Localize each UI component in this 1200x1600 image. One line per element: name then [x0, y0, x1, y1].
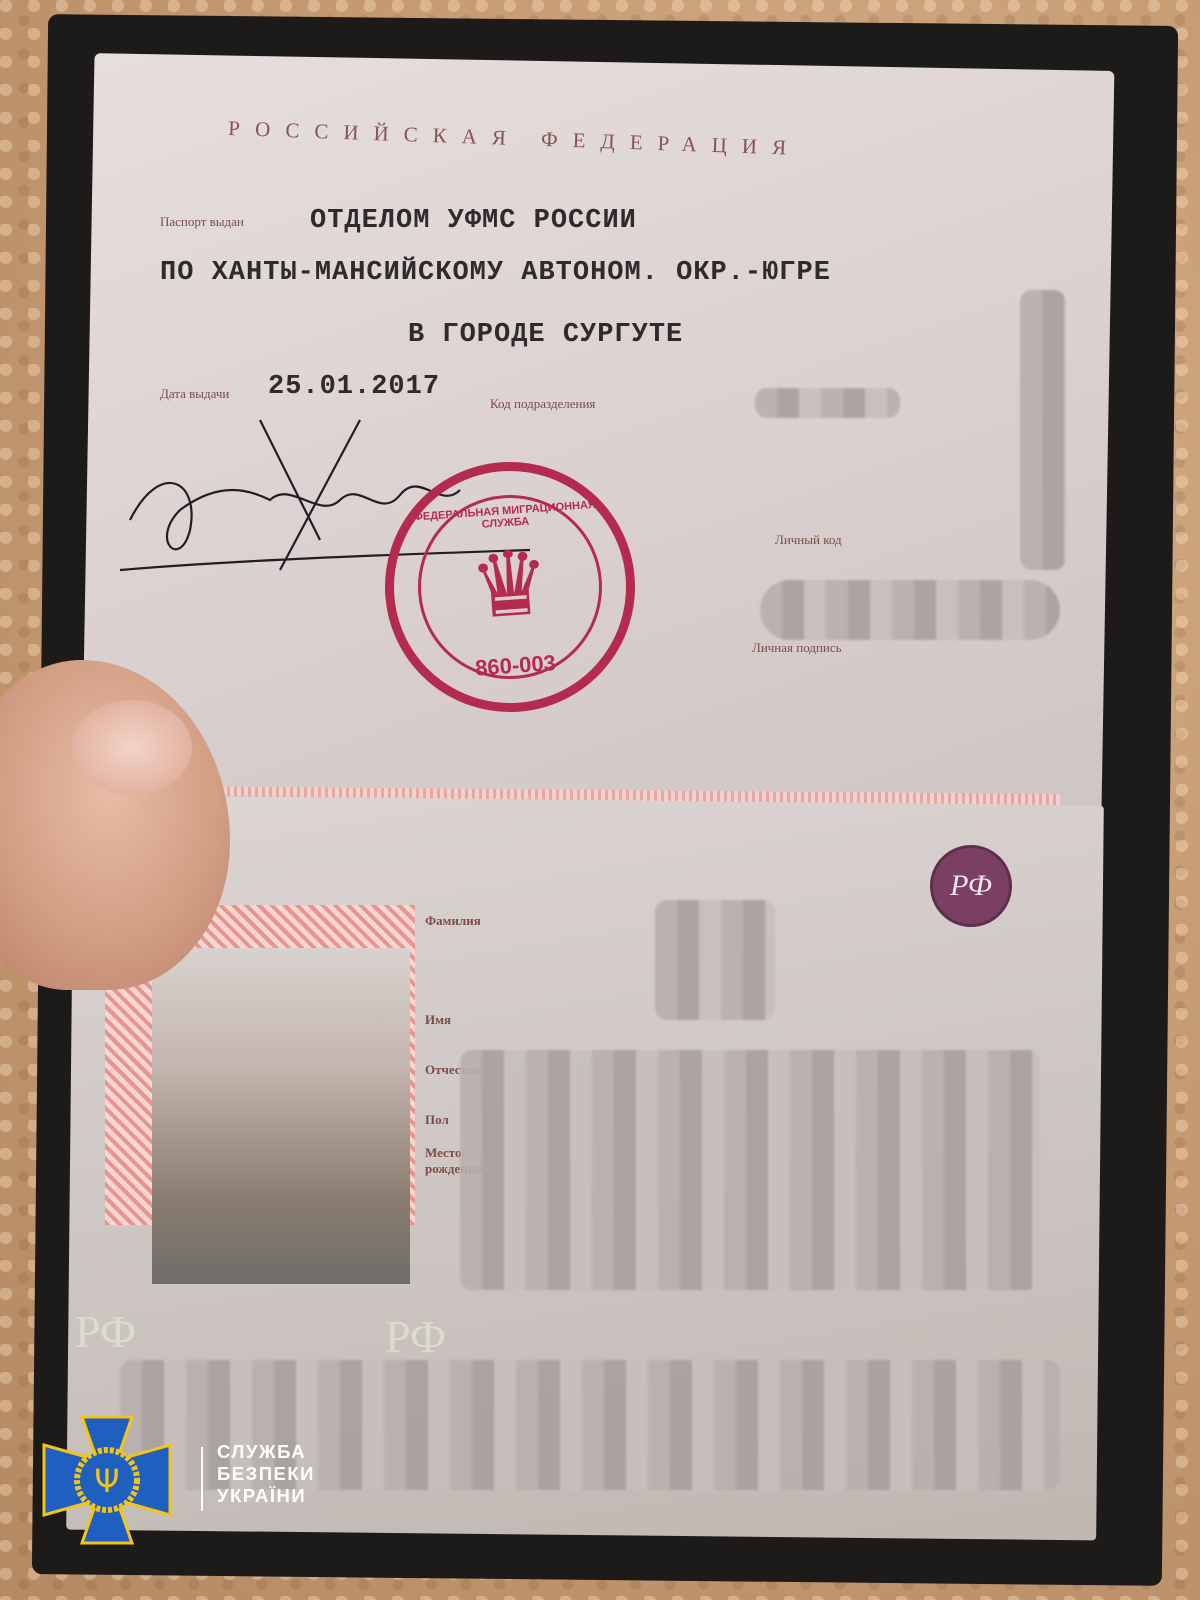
holder-photo-redacted: [152, 948, 410, 1284]
surname-redacted: [655, 900, 775, 1020]
sbu-line2: БЕЗПЕКИ: [217, 1463, 315, 1485]
issued-by-line2: ПО ХАНТЫ-МАНСИЙСКОМУ АВТОНОМ. ОКР.-ЮГРЕ: [160, 258, 831, 288]
personal-data-redacted: [460, 1050, 1040, 1290]
sbu-shield-logo-icon: Ψ: [42, 1415, 172, 1545]
issue-date: 25.01.2017: [268, 372, 440, 402]
personal-signature-label: Личная подпись: [752, 640, 842, 656]
issued-by-label: Паспорт выдан: [160, 214, 244, 230]
issued-by-line1: ОТДЕЛОМ УФМС РОССИИ: [310, 206, 637, 236]
svg-text:Ψ: Ψ: [94, 1462, 119, 1500]
watermark-rf: РФ: [75, 1305, 136, 1358]
watermark-rf: РФ: [385, 1310, 446, 1363]
division-code-redacted: [755, 388, 900, 418]
surname-label: Фамилия: [425, 913, 481, 929]
name-label: Имя: [425, 1012, 451, 1028]
personal-code-redacted: [760, 580, 1060, 640]
double-headed-eagle-icon: ♛: [466, 530, 554, 640]
rf-monogram-icon: РФ: [930, 845, 1012, 927]
birthplace-label: Место рождения: [425, 1145, 465, 1177]
issued-by-line3: В ГОРОДЕ СУРГУТЕ: [408, 320, 683, 350]
sbu-divider: [201, 1447, 203, 1511]
sex-label: Пол: [425, 1112, 449, 1128]
sbu-wordmark: СЛУЖБА БЕЗПЕКИ УКРАЇНИ: [217, 1441, 315, 1507]
sbu-line1: СЛУЖБА: [217, 1441, 315, 1463]
sbu-line3: УКРАЇНИ: [217, 1485, 315, 1507]
thumbnail: [72, 700, 192, 795]
personal-code-label: Личный код: [775, 532, 842, 548]
side-number-redacted: [1020, 290, 1066, 570]
